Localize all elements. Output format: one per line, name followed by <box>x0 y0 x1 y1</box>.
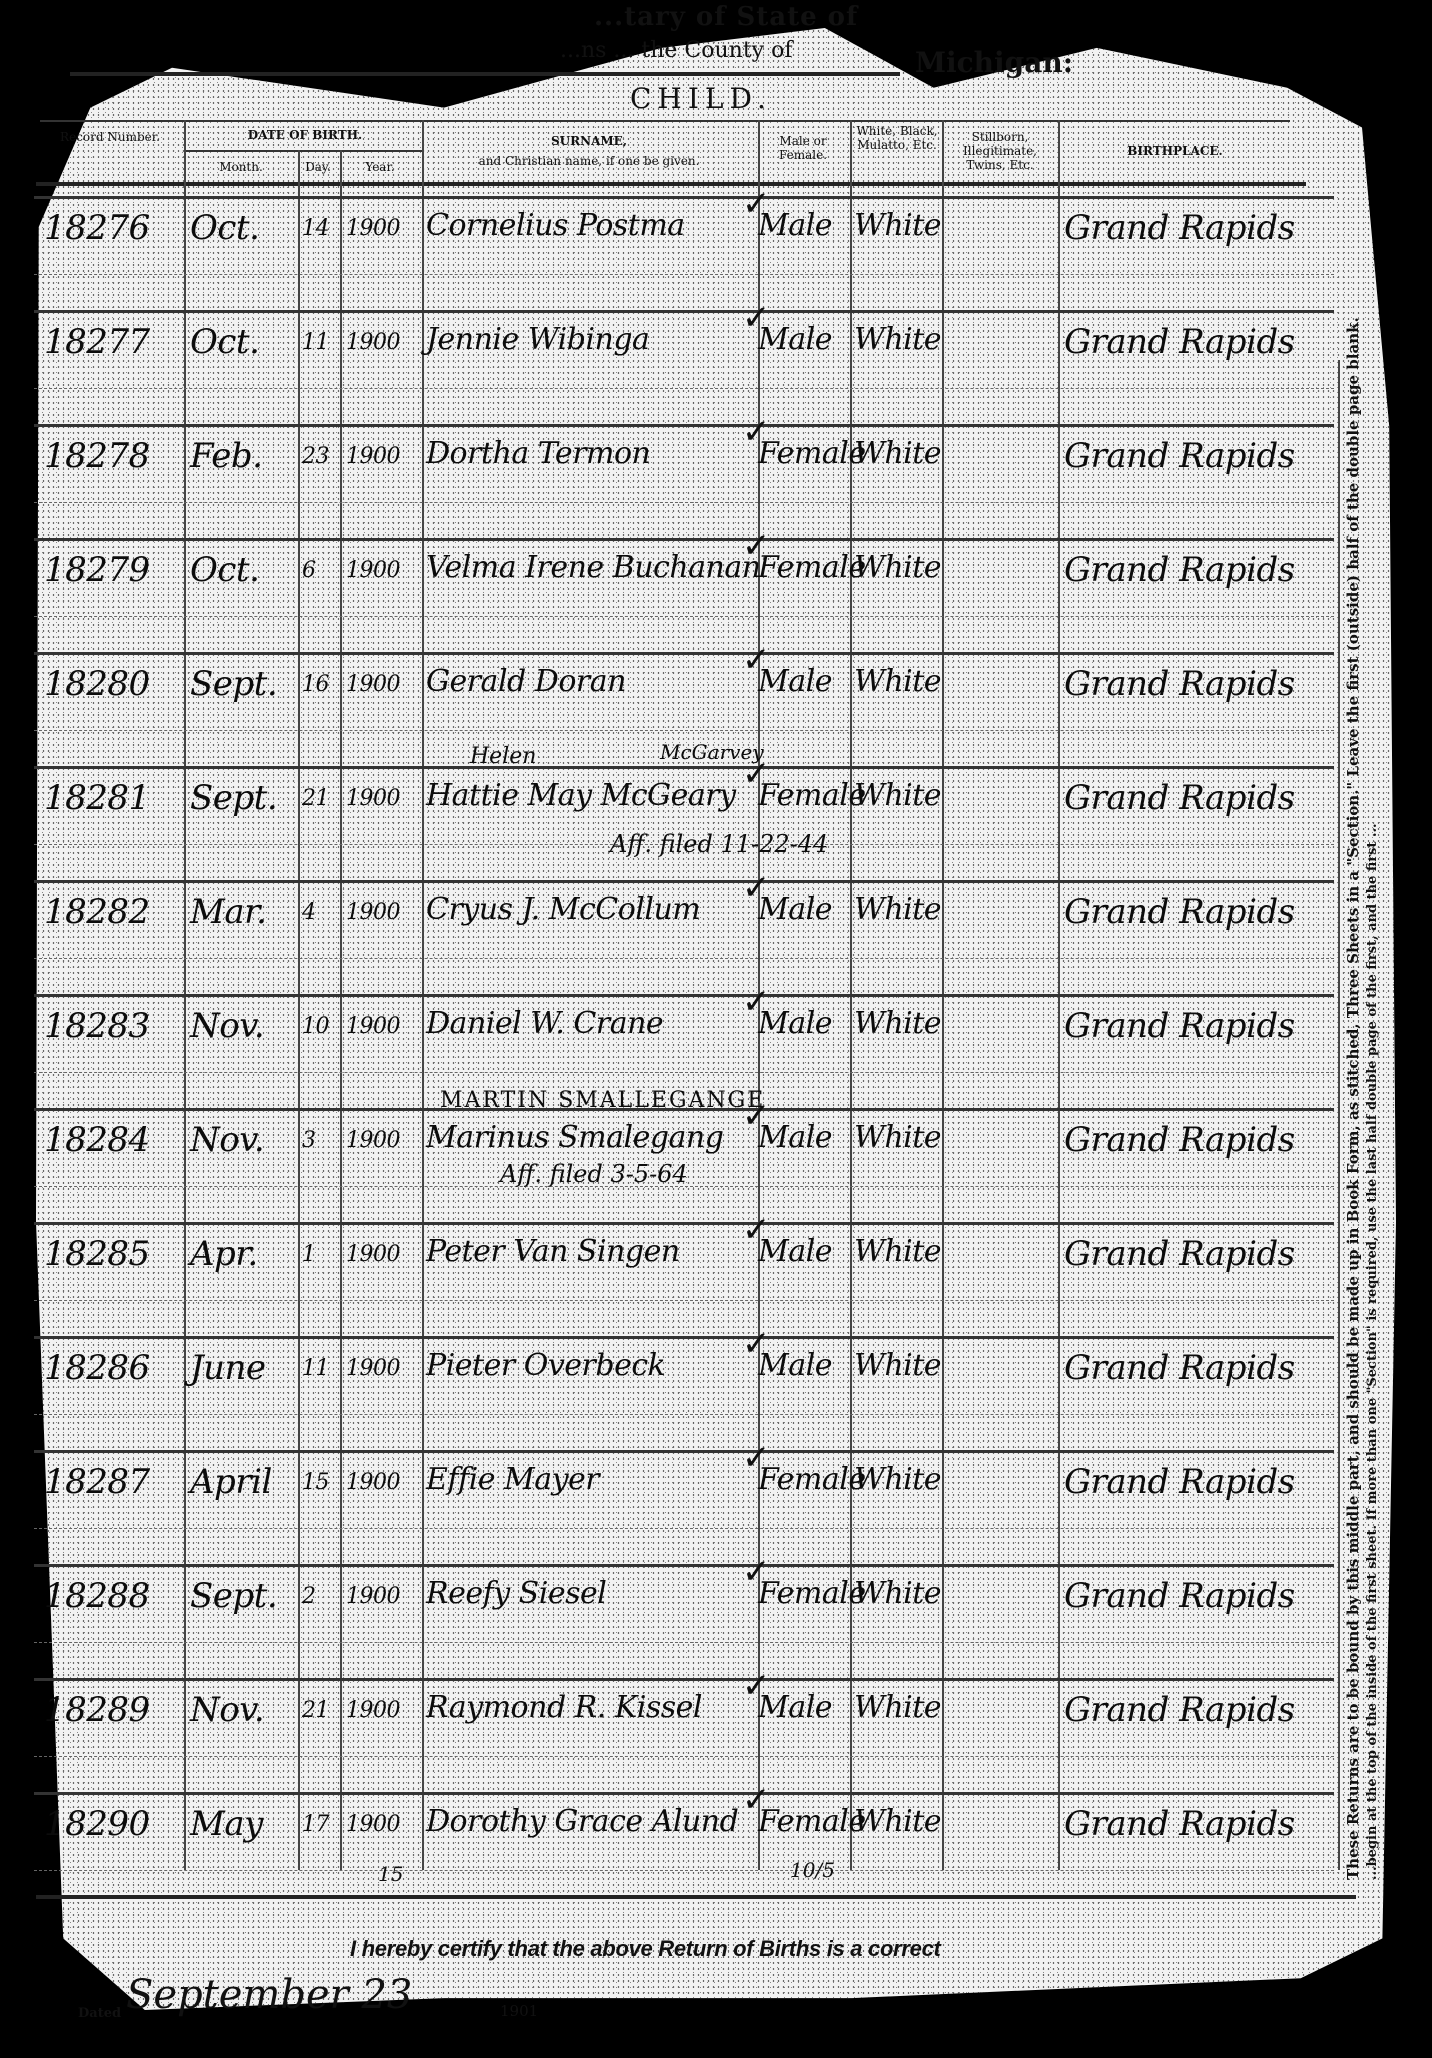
dated-value: September 23 <box>126 1972 412 2018</box>
county-line: ...ns ... the County of <box>560 38 793 63</box>
table-row: 18288 Sept. 2 1900 Reefy Siesel ✓ Female… <box>34 1564 1334 1678</box>
birthplace: Grand Rapids <box>1064 892 1295 932</box>
binding-instructions-line1: These Returns are to be bound by this mi… <box>1343 317 1363 1880</box>
binding-instructions-line2: ...begin at the top of the inside of the… <box>1363 317 1383 1880</box>
child-name: Velma Irene Buchanan <box>426 550 761 585</box>
row-separator <box>34 538 1334 541</box>
child-name: Daniel W. Crane <box>426 1006 663 1041</box>
col-race: White, Black, Mulatto, Etc. <box>852 124 942 152</box>
birthplace: Grand Rapids <box>1064 778 1295 818</box>
birth-month: Oct. <box>190 208 259 248</box>
birth-day: 2 <box>302 1584 316 1609</box>
table-row: 18286 June 11 1900 Pieter Overbeck ✓ Mal… <box>34 1336 1334 1450</box>
record-number: 18288 <box>44 1576 150 1616</box>
dated-label: Dated <box>78 2006 121 2021</box>
row-separator <box>34 1792 1334 1795</box>
record-number: 18280 <box>44 664 150 704</box>
child-sex: Female <box>758 1462 866 1497</box>
row-dashed-guide <box>34 1642 1334 1643</box>
col-date-of-birth: DATE OF BIRTH. <box>190 128 420 142</box>
birth-month: Nov. <box>190 1690 264 1730</box>
col-birthplace: BIRTHPLACE. <box>1060 144 1290 158</box>
birth-year: 1900 <box>346 558 400 583</box>
child-sex: Male <box>758 1234 832 1269</box>
child-race: White <box>854 892 941 927</box>
birth-month: Feb. <box>190 436 262 476</box>
birth-year: 1900 <box>346 672 400 697</box>
document-title: ...tary of State of <box>594 2 858 32</box>
birthplace: Grand Rapids <box>1064 1234 1295 1274</box>
binding-instructions: These Returns are to be bound by this mi… <box>1343 317 1383 1880</box>
birth-day: 1 <box>302 1242 316 1267</box>
row-separator <box>34 424 1334 427</box>
child-race: White <box>854 1234 941 1269</box>
table-row: 18277 Oct. 11 1900 Jennie Wibinga ✓ Male… <box>34 310 1334 424</box>
row-dashed-guide <box>34 502 1334 503</box>
row-separator <box>34 196 1334 199</box>
col-record-number: Record Number. <box>60 130 160 144</box>
child-name: Raymond R. Kissel <box>426 1690 702 1725</box>
child-sex: Male <box>758 664 832 699</box>
row-dashed-guide <box>34 1528 1334 1529</box>
row-separator <box>34 766 1334 769</box>
child-race: White <box>854 1006 941 1041</box>
row-separator <box>34 1678 1334 1681</box>
birth-month: Sept. <box>190 1576 277 1616</box>
birth-month: Mar. <box>190 892 266 932</box>
row-separator <box>34 652 1334 655</box>
row-dashed-guide <box>34 1756 1334 1757</box>
child-name: Dortha Termon <box>426 436 650 471</box>
record-number: 18278 <box>44 436 150 476</box>
birthplace: Grand Rapids <box>1064 550 1295 590</box>
birth-year: 1900 <box>346 1584 400 1609</box>
child-name: Cryus J. McCollum <box>426 892 700 927</box>
row-separator <box>34 994 1334 997</box>
child-sex: Male <box>758 322 832 357</box>
birthplace: Grand Rapids <box>1064 208 1295 248</box>
row-dashed-guide <box>34 1300 1334 1301</box>
table-row: 18289 Nov. 21 1900 Raymond R. Kissel ✓ M… <box>34 1678 1334 1792</box>
child-name: Jennie Wibinga <box>426 322 649 357</box>
child-sex: Female <box>758 436 866 471</box>
birth-month: Oct. <box>190 322 259 362</box>
header-rule <box>40 120 1290 122</box>
birth-year: 1900 <box>346 1812 400 1837</box>
birthplace: Grand Rapids <box>1064 322 1295 362</box>
record-number: 18282 <box>44 892 150 932</box>
birth-day: 23 <box>302 444 329 469</box>
row-dashed-guide <box>34 1414 1334 1415</box>
table-row: 18278 Feb. 23 1900 Dortha Termon ✓ Femal… <box>34 424 1334 538</box>
birth-month: Sept. <box>190 778 277 818</box>
table-row: 18287 April 15 1900 Effie Mayer ✓ Female… <box>34 1450 1334 1564</box>
child-sex: Female <box>758 550 866 585</box>
child-race: White <box>854 208 941 243</box>
table-row: 18290 May 17 1900 Dorothy Grace Alund ✓ … <box>34 1792 1334 1906</box>
birthplace: Grand Rapids <box>1064 436 1295 476</box>
birth-year: 1900 <box>346 1470 400 1495</box>
birth-day: 6 <box>302 558 316 583</box>
row-separator <box>34 1336 1334 1339</box>
affidavit-note: Aff. filed 3-5-64 <box>500 1160 688 1188</box>
row-dashed-guide <box>34 1072 1334 1073</box>
child-race: White <box>854 1348 941 1383</box>
birth-day: 17 <box>302 1812 329 1837</box>
birth-year: 1900 <box>346 900 400 925</box>
child-sex: Female <box>758 1576 866 1611</box>
child-name: Effie Mayer <box>426 1462 599 1497</box>
birth-day: 11 <box>302 330 329 355</box>
child-sex: Male <box>758 892 832 927</box>
birth-year: 1900 <box>346 786 400 811</box>
row-dashed-guide <box>34 730 1334 731</box>
birthplace: Grand Rapids <box>1064 664 1295 704</box>
birthplace: Grand Rapids <box>1064 1006 1295 1046</box>
record-number: 18287 <box>44 1462 150 1502</box>
row-separator <box>34 310 1334 313</box>
name-correction: Helen <box>470 744 536 769</box>
col-surname-sub: and Christian name, if one be given. <box>424 154 754 168</box>
record-number: 18285 <box>44 1234 150 1274</box>
col-stillborn: Stillborn, Illegitimate, Twins, Etc. <box>944 130 1056 172</box>
col-day: Day. <box>298 160 338 174</box>
child-name: Cornelius Postma <box>426 208 685 243</box>
birthplace: Grand Rapids <box>1064 1348 1295 1388</box>
record-number: 18289 <box>44 1690 150 1730</box>
birth-year: 1900 <box>346 1242 400 1267</box>
birthplace: Grand Rapids <box>1064 1804 1295 1844</box>
birth-month: June <box>190 1348 266 1388</box>
birth-month: Oct. <box>190 550 259 590</box>
child-race: White <box>854 1690 941 1725</box>
birthplace: Grand Rapids <box>1064 1576 1295 1616</box>
birth-day: 11 <box>302 1356 329 1381</box>
record-number: 18283 <box>44 1006 150 1046</box>
row-dashed-guide <box>34 616 1334 617</box>
child-sex: Male <box>758 208 832 243</box>
table-bottom-rule <box>36 1895 1356 1899</box>
child-sex: Female <box>758 778 866 813</box>
birth-year: 1900 <box>346 444 400 469</box>
child-name: Gerald Doran <box>426 664 626 699</box>
birth-day: 14 <box>302 216 329 241</box>
record-number: 18290 <box>44 1804 150 1844</box>
birth-day: 21 <box>302 1698 329 1723</box>
birth-year: 1900 <box>346 1356 400 1381</box>
table-row: 18285 Apr. 1 1900 Peter Van Singen ✓ Mal… <box>34 1222 1334 1336</box>
row-dashed-guide <box>34 274 1334 275</box>
child-name: Peter Van Singen <box>426 1234 680 1269</box>
date-subheader-rule <box>186 150 422 152</box>
record-number: 18276 <box>44 208 150 248</box>
record-number: 18281 <box>44 778 150 818</box>
birth-month: Nov. <box>190 1006 264 1046</box>
child-name: Reefy Siesel <box>426 1576 606 1611</box>
dated-year: 1901 <box>500 2002 538 2020</box>
birth-month: May <box>190 1804 263 1844</box>
record-number: 18284 <box>44 1120 150 1160</box>
record-number: 18279 <box>44 550 150 590</box>
row-separator <box>34 880 1334 883</box>
birth-year: 1900 <box>346 330 400 355</box>
child-race: White <box>854 1576 941 1611</box>
name-correction: MARTIN SMALLEGANGE <box>440 1088 765 1113</box>
table-row: 18279 Oct. 6 1900 Velma Irene Buchanan ✓… <box>34 538 1334 652</box>
row-dashed-guide <box>34 388 1334 389</box>
table-row: 18281 Sept. 21 1900 Hattie May McGeary ✓… <box>34 766 1334 880</box>
record-number: 18286 <box>44 1348 150 1388</box>
child-sex: Male <box>758 1120 832 1155</box>
child-sex: Male <box>758 1690 832 1725</box>
child-race: White <box>854 1804 941 1839</box>
col-surname: SURNAME, <box>424 134 754 148</box>
birthplace: Grand Rapids <box>1064 1690 1295 1730</box>
birthplace: Grand Rapids <box>1064 1462 1295 1502</box>
col-year: Year. <box>340 160 420 174</box>
birth-month: Apr. <box>190 1234 258 1274</box>
child-race: White <box>854 778 941 813</box>
child-name: Marinus Smalegang <box>426 1120 723 1155</box>
state-name: Michigan: <box>915 46 1073 79</box>
col-month: Month. <box>186 160 296 174</box>
birth-month: Sept. <box>190 664 277 704</box>
header-bottom-rule <box>36 182 1306 186</box>
birth-day: 4 <box>302 900 316 925</box>
child-name: Pieter Overbeck <box>426 1348 665 1383</box>
table-row: 18276 Oct. 14 1900 Cornelius Postma ✓ Ma… <box>34 196 1334 310</box>
birth-year: 1900 <box>346 216 400 241</box>
child-race: White <box>854 322 941 357</box>
section-title: CHILD. <box>630 82 772 115</box>
row-separator <box>34 1222 1334 1225</box>
child-name: Hattie May McGeary <box>426 778 736 813</box>
total-count: 15 <box>378 1862 403 1886</box>
sex-tally: 10/5 <box>790 1858 835 1882</box>
child-sex: Male <box>758 1006 832 1041</box>
birth-year: 1900 <box>346 1698 400 1723</box>
child-race: White <box>854 550 941 585</box>
birthplace: Grand Rapids <box>1064 1120 1295 1160</box>
table-row: 18282 Mar. 4 1900 Cryus J. McCollum ✓ Ma… <box>34 880 1334 994</box>
birth-month: Nov. <box>190 1120 264 1160</box>
surname-correction: McGarvey <box>660 740 764 764</box>
birth-month: April <box>190 1462 272 1502</box>
child-sex: Male <box>758 1348 832 1383</box>
col-sex: Male or Female. <box>760 134 846 162</box>
child-name: Dorothy Grace Alund <box>426 1804 738 1839</box>
record-number: 18277 <box>44 322 150 362</box>
birth-day: 21 <box>302 786 329 811</box>
birth-year: 1900 <box>346 1014 400 1039</box>
birth-day: 10 <box>302 1014 329 1039</box>
birth-day: 3 <box>302 1128 316 1153</box>
certification-text: I hereby certify that the above Return o… <box>350 1936 941 1962</box>
column-divider <box>1338 360 1340 1870</box>
birth-day: 16 <box>302 672 329 697</box>
child-race: White <box>854 664 941 699</box>
affidavit-note: Aff. filed 11-22-44 <box>610 830 828 858</box>
row-separator <box>34 1450 1334 1453</box>
row-dashed-guide <box>34 1870 1334 1871</box>
row-dashed-guide <box>34 958 1334 959</box>
child-race: White <box>854 1462 941 1497</box>
birth-day: 15 <box>302 1470 329 1495</box>
header-rule <box>70 72 900 76</box>
child-sex: Female <box>758 1804 866 1839</box>
row-separator <box>34 1564 1334 1567</box>
birth-year: 1900 <box>346 1128 400 1153</box>
child-race: White <box>854 436 941 471</box>
child-race: White <box>854 1120 941 1155</box>
